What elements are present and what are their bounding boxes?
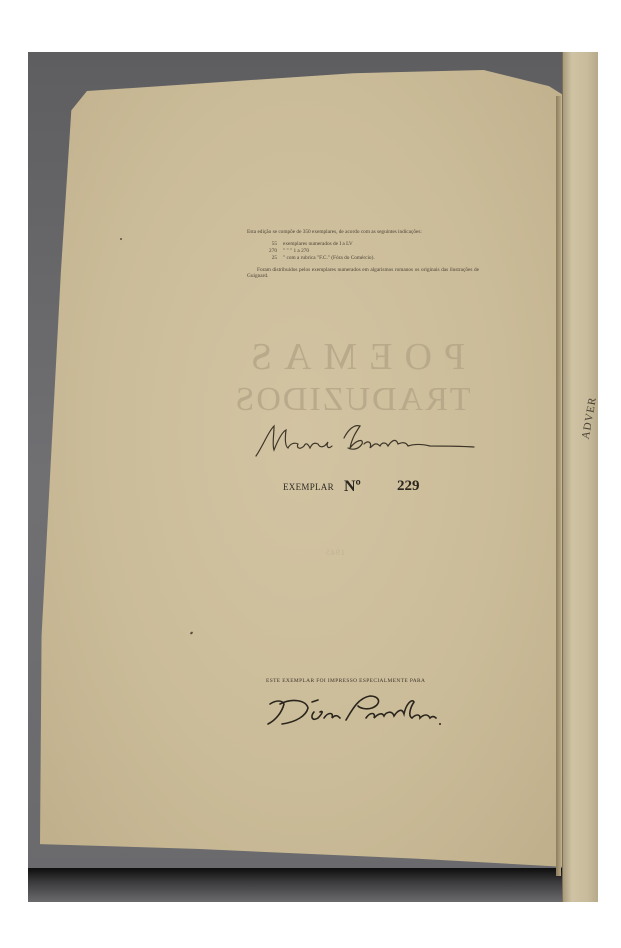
show-through-title-line2: TRADUZIDOS: [222, 381, 482, 419]
colophon-intro: Esta edição se compõe de 350 exemplares,…: [247, 229, 479, 236]
edition-tier: 55 exemplares numerados de I a LV: [247, 241, 479, 248]
show-through-year: 1945: [295, 548, 375, 557]
book-page: [40, 70, 562, 878]
page-bottom-shadow: [28, 868, 568, 902]
dedicatee-signature: Décio Paranhos: [262, 690, 442, 730]
colophon-note: Foram distribuidos pelos exemplares nume…: [247, 267, 479, 280]
exemplar-number: 229: [397, 478, 420, 495]
show-through-title-line1: POEMAS: [222, 335, 482, 379]
adjacent-book-edge: [562, 52, 598, 902]
exemplar-label: EXEMPLAR: [283, 482, 334, 492]
edition-tier: 270 " " " 1 a 270: [247, 248, 479, 255]
edition-tiers: 55 exemplares numerados de I a LV 270 " …: [247, 241, 479, 262]
colophon: Esta edição se compõe de 350 exemplares,…: [247, 229, 479, 280]
author-signature: Manuel Bandeira: [252, 420, 482, 460]
dedication-label: ESTE EXEMPLAR FOI IMPRESSO ESPECIALMENTE…: [266, 678, 425, 684]
edition-tier: 25 " com a rubrica "F.C." (Fóra do Comér…: [247, 255, 479, 262]
paper-blemish: [120, 238, 122, 240]
page-gutter-edge: [556, 96, 561, 876]
number-symbol: Nº: [344, 478, 361, 496]
